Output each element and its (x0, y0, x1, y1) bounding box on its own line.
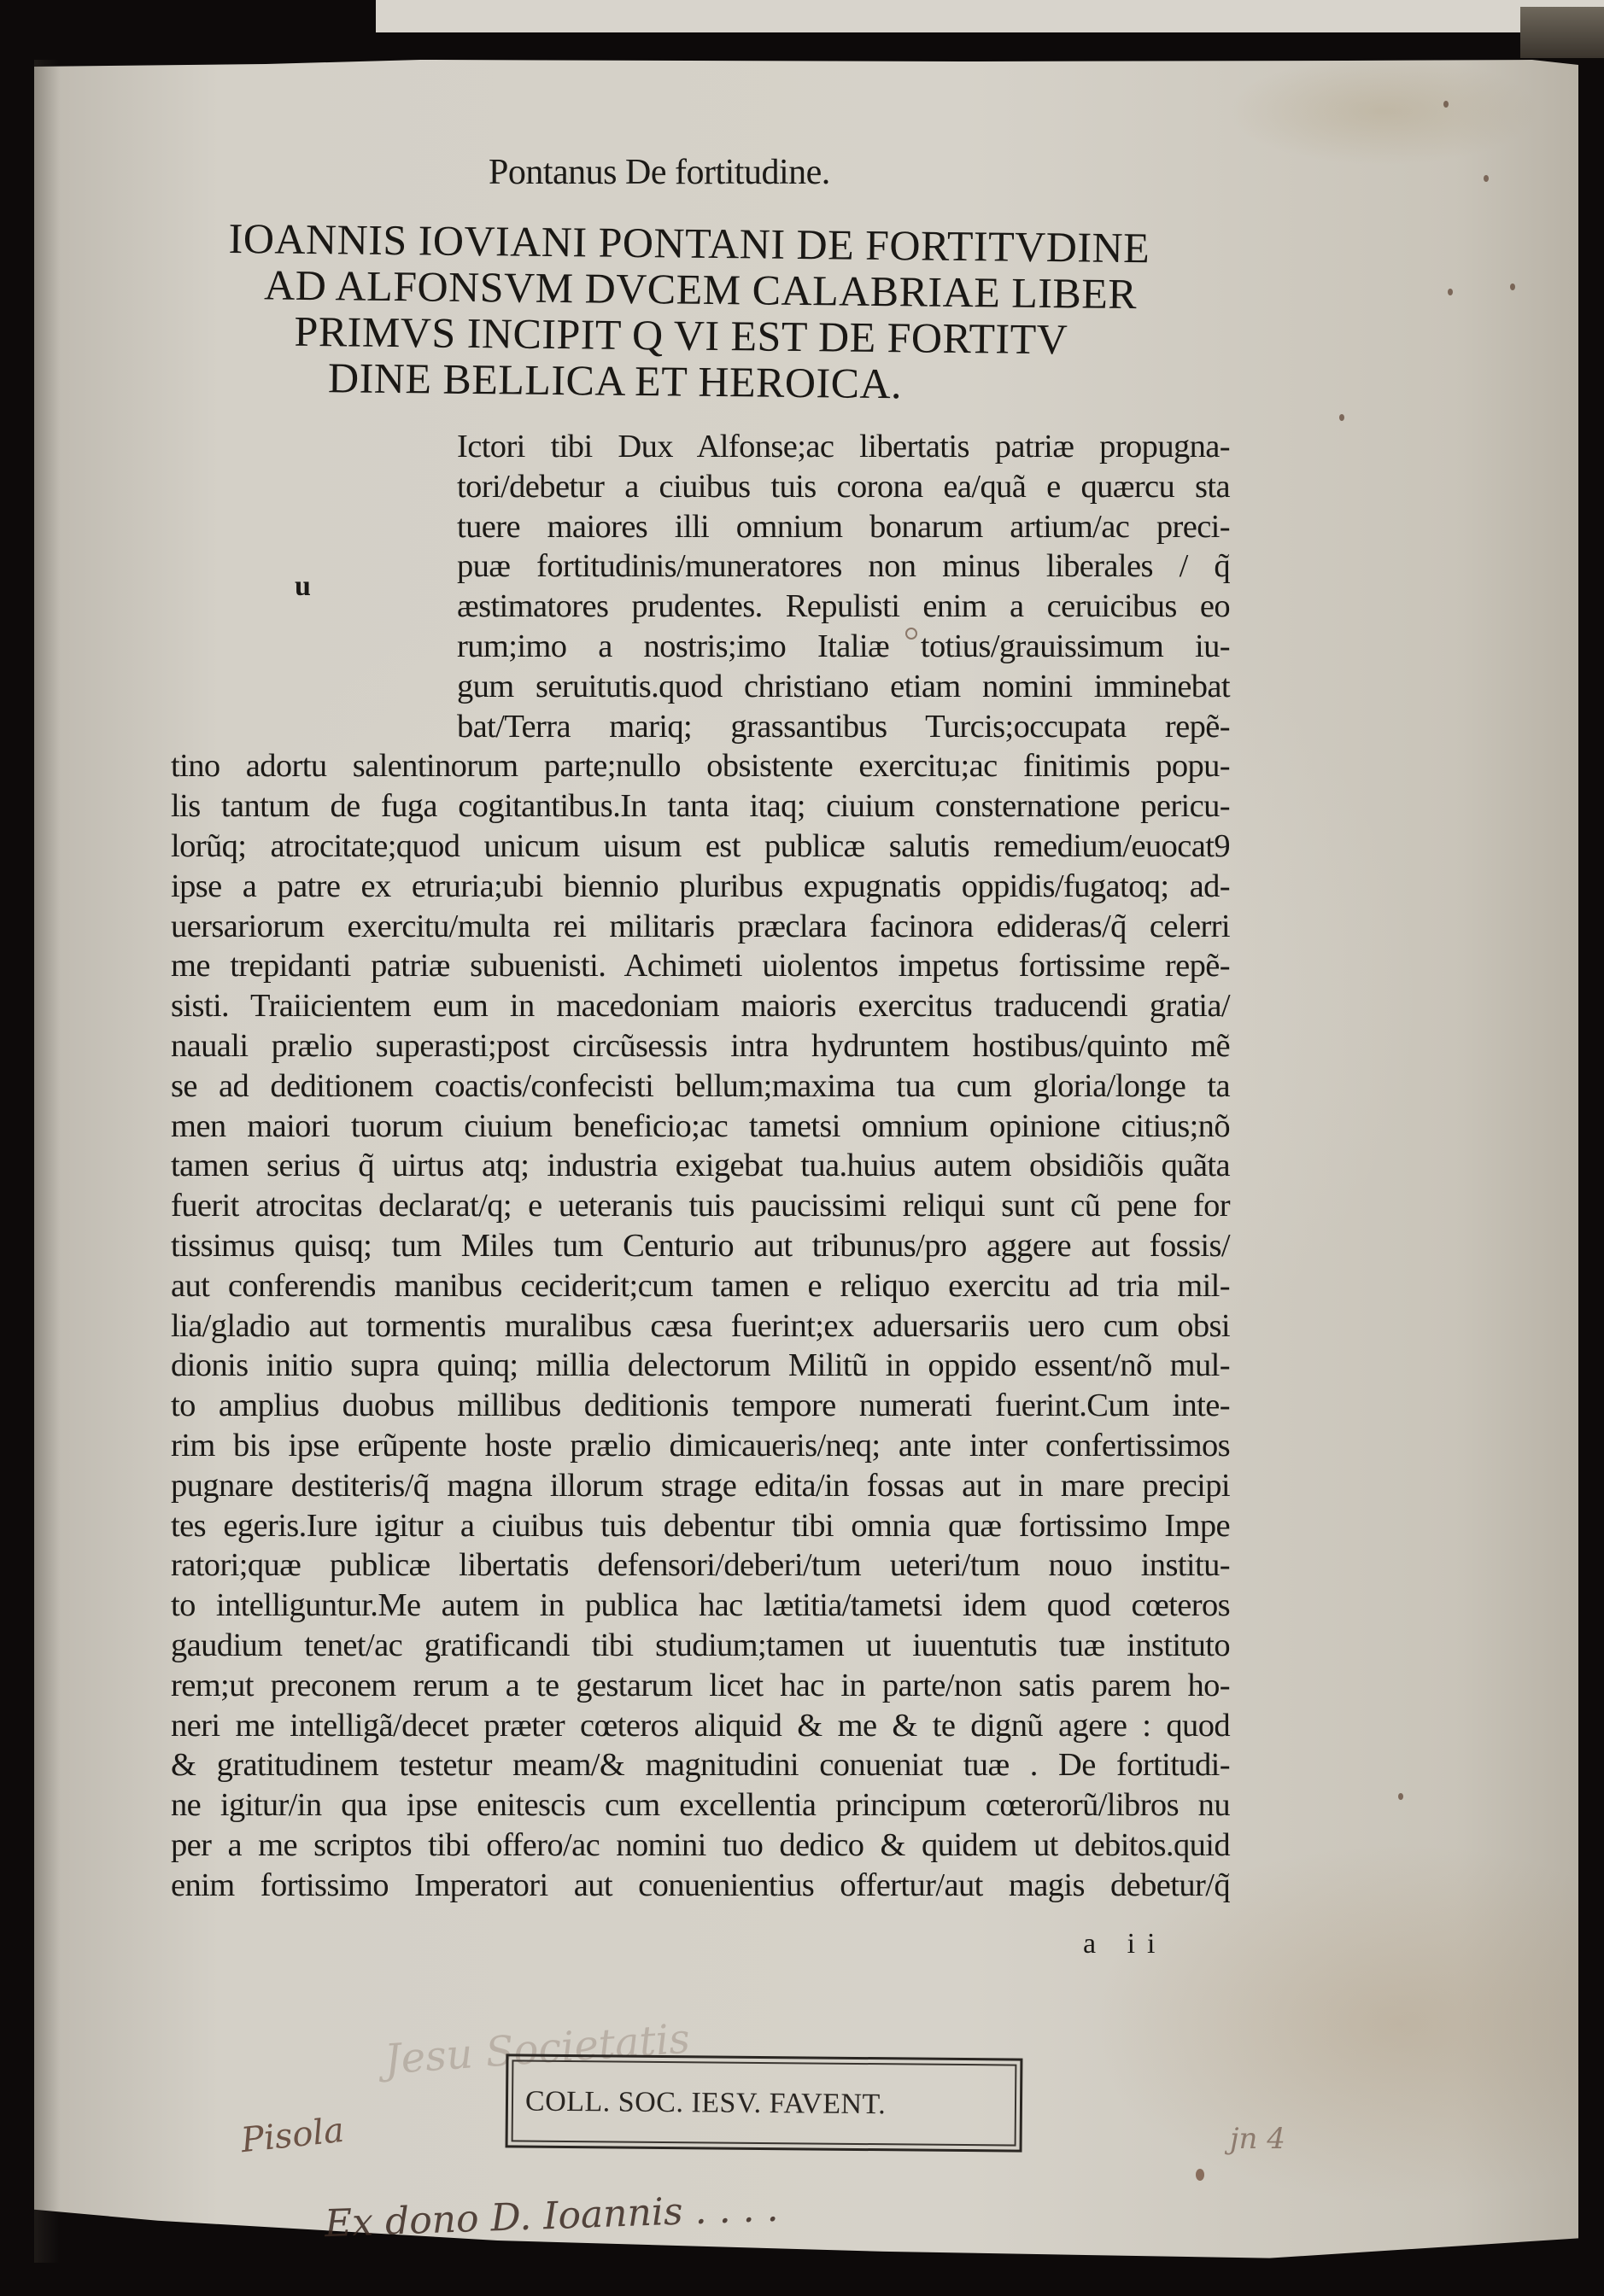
text-line: dionis initio supra quinq; millia delect… (171, 1346, 1230, 1386)
library-stamp: COLL. SOC. IESV. FAVENT. (506, 2054, 1023, 2152)
underlying-page-strip (376, 0, 1604, 32)
text-line: rem;ut preconem rerum a te gestarum lice… (171, 1666, 1230, 1706)
text-line: tissimus quisq; tum Miles tum Centurio a… (171, 1226, 1230, 1266)
text-line: gum seruitutis.quod christiano etiam nom… (457, 667, 1230, 707)
text-line: tamen serius q̃ uirtus atq; industria ex… (171, 1146, 1230, 1186)
text-line: men maiori tuorum ciuium beneficio;ac ta… (171, 1107, 1230, 1147)
text-line: sisti. Traiicientem eum in macedoniam ma… (171, 986, 1230, 1026)
text-line: æstimatores prudentes. Repulisti enim a … (457, 587, 1230, 627)
text-line: ipse a patre ex etruria;ubi biennio plur… (171, 867, 1230, 907)
text-line: Ictori tibi Dux Alfonse;ac libertatis pa… (457, 427, 1230, 467)
text-line: se ad deditionem coactis/confecisti bell… (171, 1066, 1230, 1107)
text-line: lis tantum de fuga cogitantibus.In tanta… (171, 786, 1230, 827)
text-line: tes egeris.Iure igitur a ciuibus tuis de… (171, 1506, 1230, 1546)
text-line: bat/Terra mariq; grassantibus Turcis;occ… (457, 707, 1230, 747)
text-line: enim fortissimo Imperatori aut conuenien… (171, 1866, 1230, 1906)
text-line: rim bis ipse erũpente hoste prælio dimic… (171, 1426, 1230, 1466)
text-line: lorũq; atrocitate;quod unicum uisum est … (171, 827, 1230, 867)
text-line: rum;imo a nostris;imo Italiæ totius/grau… (457, 627, 1230, 667)
text-line: ne igitur/in qua ipse enitescis cum exce… (171, 1785, 1230, 1826)
text-line: fuerit atrocitas declarat/q; e ueteranis… (171, 1186, 1230, 1226)
stamp-text: COLL. SOC. IESV. FAVENT. (525, 2086, 887, 2122)
text-line: per a me scriptos tibi offero/ac nomini … (171, 1826, 1230, 1866)
text-line: tori/debetur a ciuibus tuis corona ea/qu… (457, 467, 1230, 507)
text-line: to intelliguntur.Me autem in publica hac… (171, 1586, 1230, 1626)
text-line: pugnare destiteris/q̃ magna illorum stra… (171, 1466, 1230, 1506)
text-line: ratori;quæ publicæ libertatis defensori/… (171, 1545, 1230, 1586)
page-gutter-shadow (34, 60, 60, 2263)
text-line: tuere maiores illi omnium bonarum artium… (457, 507, 1230, 547)
text-line: tino adortu salentinorum parte;nullo obs… (171, 746, 1230, 786)
text-line: uersariorum exercitu/multa rei militaris… (171, 907, 1230, 947)
text-line: & gratitudinem testetur meam/& magnitudi… (171, 1745, 1230, 1785)
manuscript-note-right: jn 4 (1230, 2122, 1285, 2156)
underlying-leaf (1520, 7, 1604, 58)
text-line: me trepidanti patriæ subuenisti. Achimet… (171, 946, 1230, 986)
signature-mark: a ii (1083, 1928, 1167, 1960)
text-line: aut conferendis manibus ceciderit;cum ta… (171, 1266, 1230, 1306)
text-line: gaudium tenet/ac gratificandi tibi studi… (171, 1626, 1230, 1666)
incipit-title: IOANNIS IOVIANI PONTANI DE FORTITVDINE A… (227, 215, 1194, 410)
text-line: lia/gladio aut tormentis muralibus cæsa … (171, 1306, 1230, 1347)
text-line: neri me intelligã/decet præter cœteros a… (171, 1706, 1230, 1746)
text-line: to amplius duobus millibus deditionis te… (171, 1386, 1230, 1426)
text-line: nauali prælio superasti;post circũsessis… (171, 1026, 1230, 1066)
photo-scene: Pontanus De fortitudine. IOANNIS IOVIANI… (0, 0, 1604, 2296)
running-head: Pontanus De fortitudine. (489, 152, 830, 193)
text-line: puæ fortitudinis/muneratores non minus l… (457, 546, 1230, 587)
body-text: Ictori tibi Dux Alfonse;ac libertatis pa… (171, 427, 1230, 1905)
